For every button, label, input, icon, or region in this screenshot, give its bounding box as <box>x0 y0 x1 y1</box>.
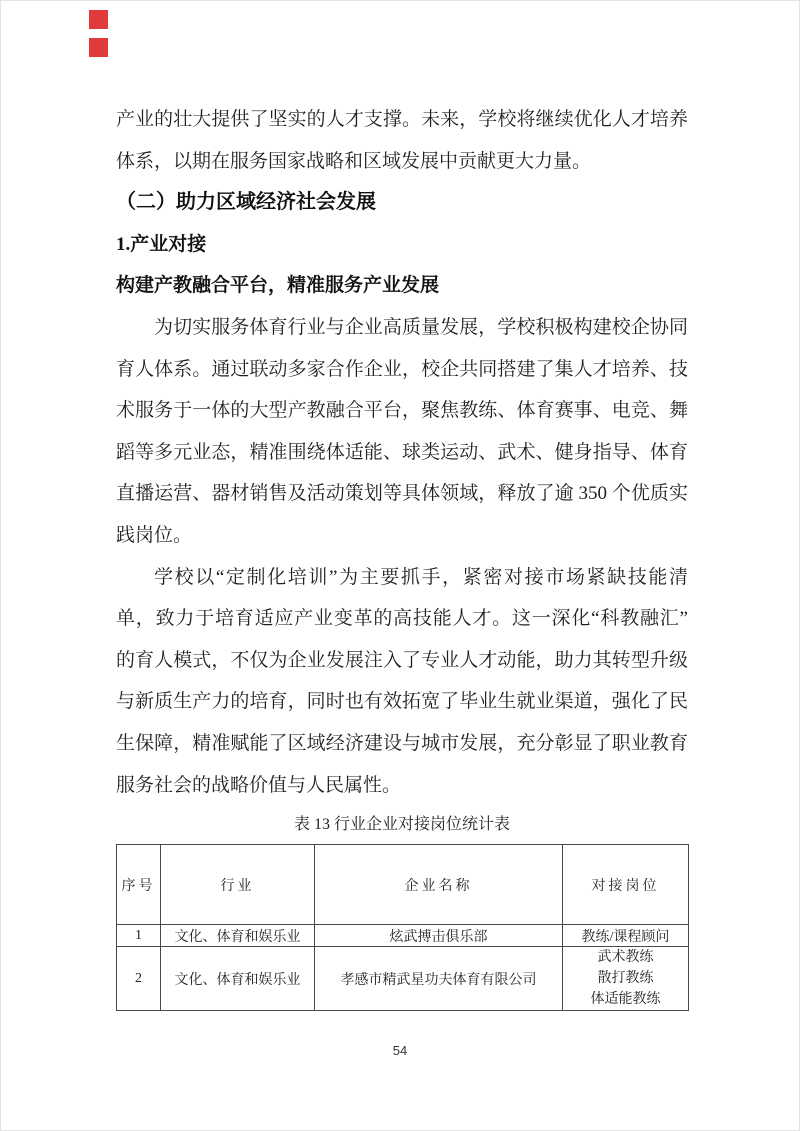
header-cell-position: 对接岗位 <box>563 845 689 925</box>
cell-no: 1 <box>117 925 161 947</box>
position-line: 散打教练 <box>565 968 686 989</box>
table-row: 2 文化、体育和娱乐业 孝感市精武星功夫体育有限公司 武术教练 散打教练 体适能… <box>117 947 689 1011</box>
header-cell-industry: 行业 <box>161 845 315 925</box>
document-body: 产业的壮大提供了坚实的人才支撑。未来，学校将继续优化人才培养 体系，以期在服务国… <box>116 99 688 1011</box>
body-text-line: 生保障，精准赋能了区域经济建设与城市发展，充分彰显了职业教育 <box>116 723 688 765</box>
body-text-line: 育人体系。通过联动多家合作企业，校企共同搭建了集人才培养、技 <box>116 349 688 391</box>
table-row: 1 文化、体育和娱乐业 炫武搏击俱乐部 教练/课程顾问 <box>117 925 689 947</box>
body-text-line: 单，致力于培育适应产业变革的高技能人才。这一深化“科教融汇” <box>116 598 688 640</box>
body-text-line: 服务社会的战略价值与人民属性。 <box>116 765 688 807</box>
body-text-line: 蹈等多元业态，精准围绕体适能、球类运动、武术、健身指导、体育 <box>116 432 688 474</box>
header-cell-no: 序号 <box>117 845 161 925</box>
body-text-line: 产业的壮大提供了坚实的人才支撑。未来，学校将继续优化人才培养 <box>116 99 688 141</box>
cell-company: 孝感市精武星功夫体育有限公司 <box>315 947 563 1011</box>
body-text-line: 直播运营、器材销售及活动策划等具体领域，释放了逾 350 个优质实 <box>116 473 688 515</box>
cell-no: 2 <box>117 947 161 1011</box>
red-square-annotation <box>89 10 108 29</box>
section-heading: （二）助力区域经济社会发展 <box>116 182 688 224</box>
body-text-line: 术服务于一体的大型产教融合平台，聚焦教练、体育赛事、电竞、舞 <box>116 390 688 432</box>
document-page: 产业的壮大提供了坚实的人才支撑。未来，学校将继续优化人才培养 体系，以期在服务国… <box>0 0 800 1131</box>
red-square-annotation <box>89 38 108 57</box>
table-caption: 表 13 行业企业对接岗位统计表 <box>116 806 688 844</box>
position-line: 体适能教练 <box>565 989 686 1010</box>
body-text-line: 为切实服务体育行业与企业高质量发展，学校积极构建校企协同 <box>116 307 688 349</box>
cell-position: 武术教练 散打教练 体适能教练 <box>563 947 689 1011</box>
industry-company-table: 序号 行业 企业名称 对接岗位 1 文化、体育和娱乐业 炫武搏击俱乐部 教练/课… <box>116 844 689 1011</box>
body-text-line: 的育人模式，不仅为企业发展注入了专业人才动能，助力其转型升级 <box>116 640 688 682</box>
body-text-line: 体系，以期在服务国家战略和区域发展中贡献更大力量。 <box>116 141 688 183</box>
cell-industry: 文化、体育和娱乐业 <box>161 925 315 947</box>
position-line: 武术教练 <box>565 947 686 968</box>
body-text-line: 学校以“定制化培训”为主要抓手，紧密对接市场紧缺技能清 <box>116 557 688 599</box>
body-text-line: 与新质生产力的培育，同时也有效拓宽了毕业生就业渠道，强化了民 <box>116 681 688 723</box>
cell-company: 炫武搏击俱乐部 <box>315 925 563 947</box>
header-cell-company: 企业名称 <box>315 845 563 925</box>
cell-industry: 文化、体育和娱乐业 <box>161 947 315 1011</box>
table-header-row: 序号 行业 企业名称 对接岗位 <box>117 845 689 925</box>
bold-heading: 构建产教融合平台，精准服务产业发展 <box>116 265 688 307</box>
cell-position: 教练/课程顾问 <box>563 925 689 947</box>
page-number: 54 <box>1 1043 799 1058</box>
body-text-line: 践岗位。 <box>116 515 688 557</box>
sub-heading: 1.产业对接 <box>116 224 688 266</box>
